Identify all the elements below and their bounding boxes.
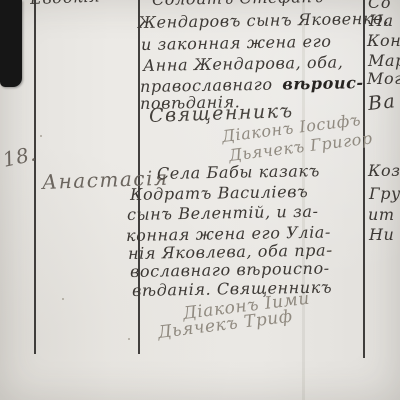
right-col-fragment: ит (368, 205, 395, 224)
register-scan-page: Евдокія Солдатъ Стефанъ Жендаровъ сынъ Я… (0, 0, 400, 400)
right-col-fragment: На (369, 11, 394, 30)
entry1-line: Анна Жендарова, оба, (143, 53, 344, 75)
column-rule-left (34, 0, 36, 354)
right-col-fragment: Мог (367, 69, 400, 88)
entry2-line: сынъ Велентій, и за- (127, 202, 319, 224)
right-col-fragment: Кон (367, 31, 400, 50)
scan-corner-artifact (0, 0, 22, 87)
entry1-line: и законная жена его (141, 32, 332, 54)
right-col-fragment: Гру (369, 184, 400, 203)
right-col-fragment: Ва (367, 90, 397, 115)
right-col-fragment: Мар (368, 51, 400, 70)
entry1-line: Жендаровъ сынъ Яковенко, (138, 9, 389, 32)
entry2-row-number: 18. (1, 141, 39, 171)
paper-speck (62, 298, 64, 300)
entry1-line5-bold-correction: вѣроис- (282, 73, 364, 93)
entry2-line: Села Бабы казакъ (157, 161, 320, 183)
right-col-fragment: Коз (368, 161, 400, 180)
column-rule-right (363, 0, 365, 358)
entry1-name-clipped: Евдокія (30, 0, 101, 8)
entry2-line: Кодратъ Василіевъ (130, 182, 309, 204)
right-col-fragment: Ни (369, 225, 394, 244)
paper-speck (40, 135, 42, 137)
paper-speck (128, 338, 130, 340)
entry1-line: Солдатъ Стефанъ (152, 0, 324, 9)
